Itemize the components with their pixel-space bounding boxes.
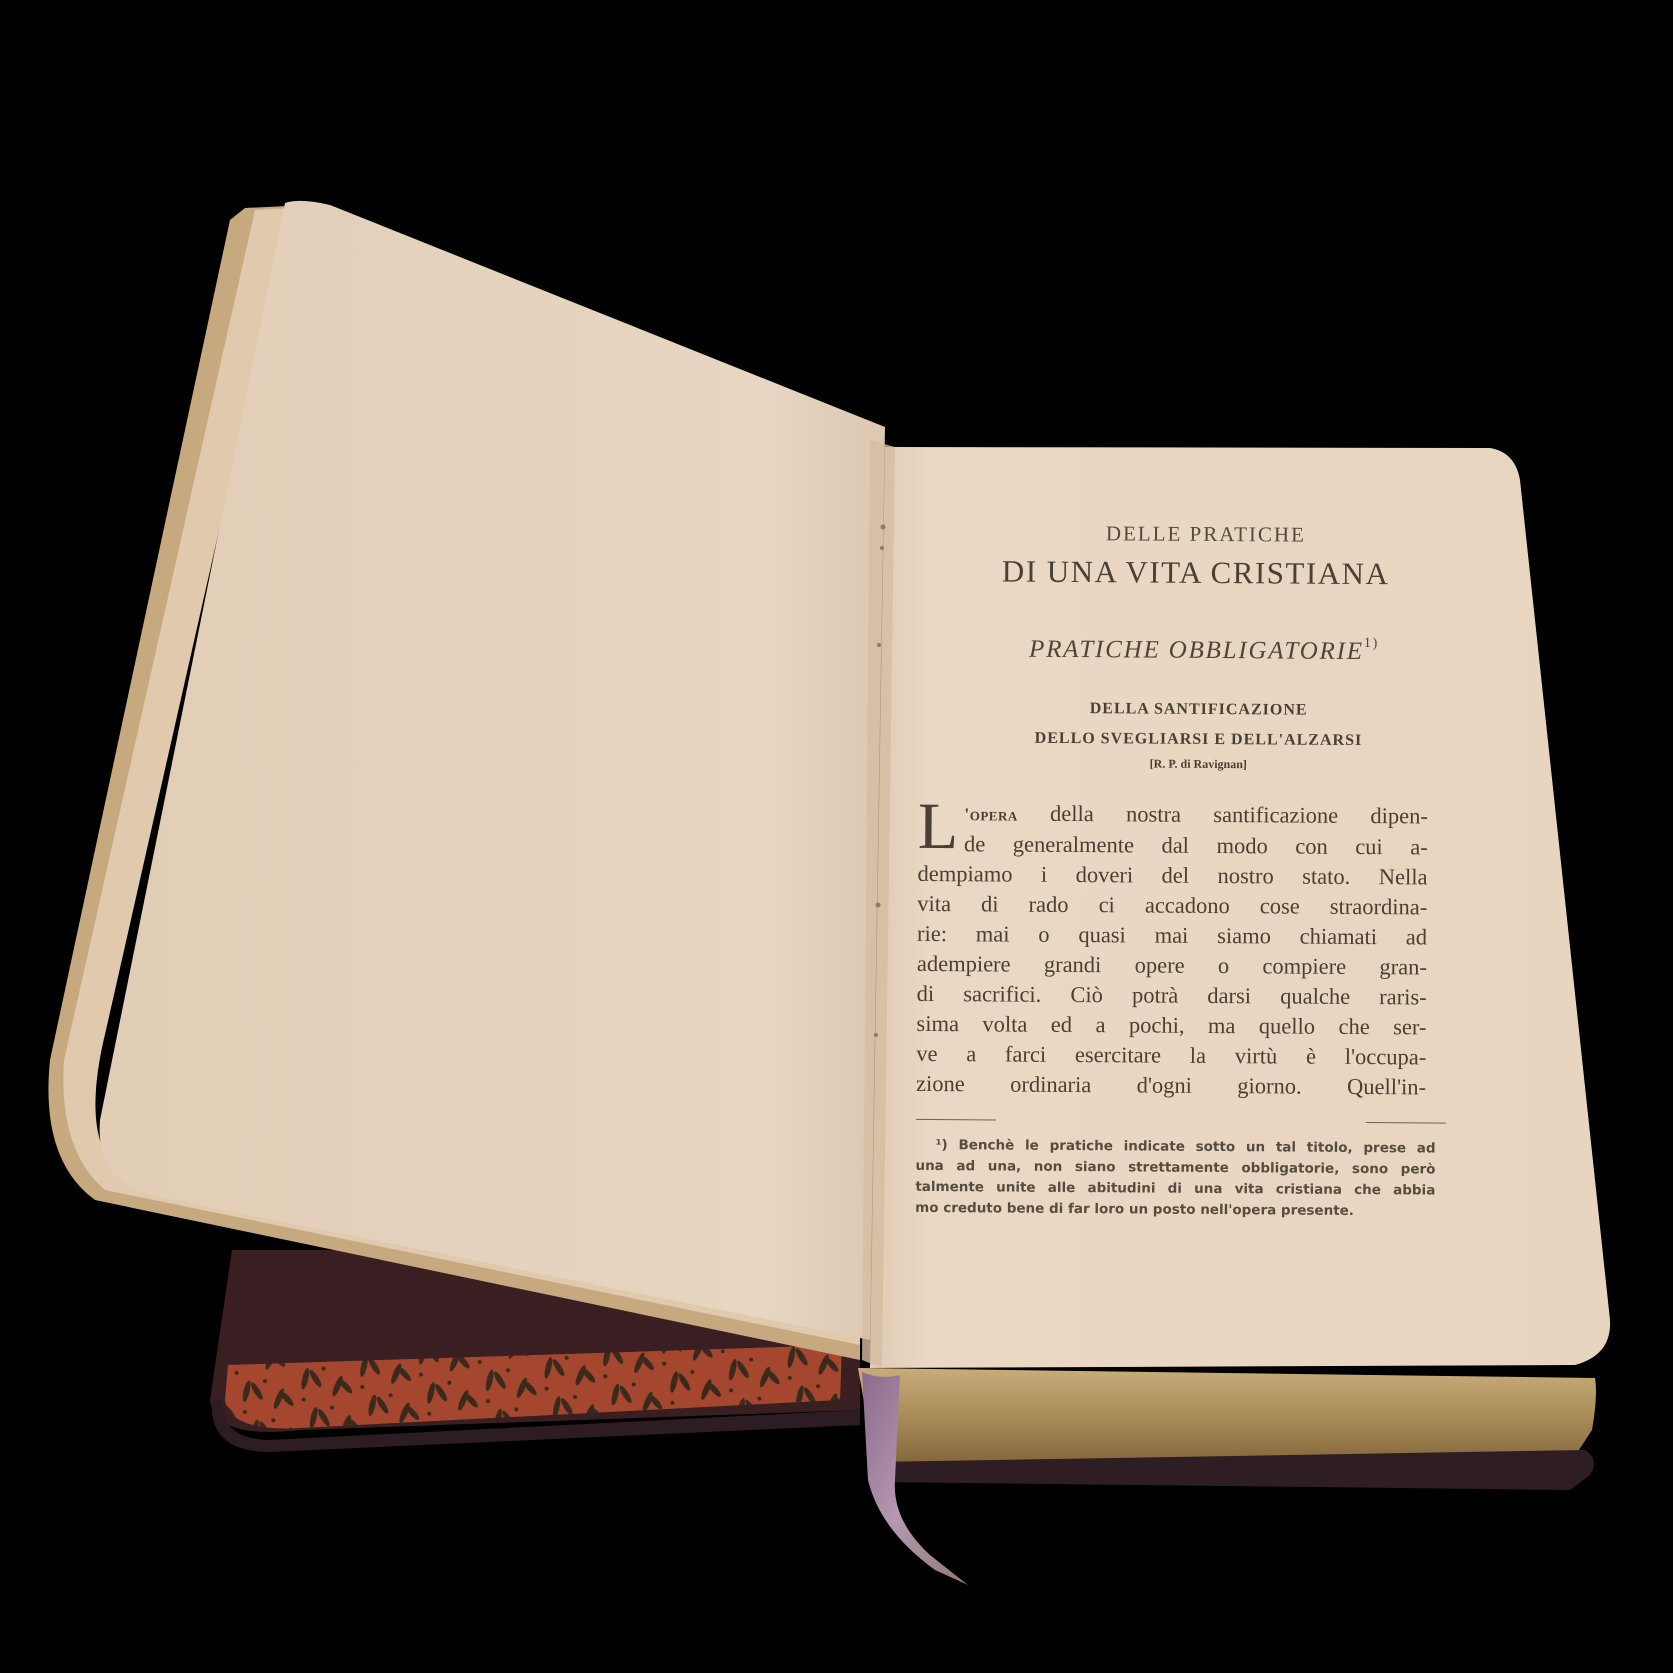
right-page-text: DELLE PRATICHE DI UNA VITA CRISTIANA PRA… bbox=[925, 520, 1510, 1223]
body-line: sima volta ed a pochi, ma quello che ser… bbox=[916, 1009, 1426, 1043]
subtitle: PRATICHE OBBLIGATORIE1) bbox=[899, 635, 1509, 667]
section-heading-2: DELLO SVEGLIARSI E DELL'ALZARSI bbox=[888, 723, 1508, 757]
footnote-marker: 1) bbox=[1364, 636, 1379, 651]
body-line: zione ordinaria d'ogni giorno. Quell'in- bbox=[916, 1069, 1426, 1103]
body-line: ve a farci esercitare la virtù è l'occup… bbox=[916, 1039, 1426, 1073]
body-paragraph: L 'opera della nostra santificazione dip… bbox=[916, 798, 1428, 1103]
footnote-rule-left bbox=[916, 1119, 996, 1121]
pretitle: DELLE PRATICHE bbox=[902, 520, 1510, 549]
body-line: di sacrifici. Ciò potrà darsi qualche ra… bbox=[917, 979, 1427, 1013]
photo-scene: DELLE PRATICHE DI UNA VITA CRISTIANA PRA… bbox=[0, 0, 1673, 1673]
subtitle-text: PRATICHE OBBLIGATORIE bbox=[1029, 636, 1364, 665]
author-attribution: [R. P. di Ravignan] bbox=[888, 755, 1508, 774]
footnote-separator bbox=[916, 1109, 1436, 1133]
first-word-smallcaps: 'opera bbox=[964, 804, 1018, 824]
section-heading-1: DELLA SANTIFICAZIONE bbox=[889, 693, 1509, 727]
footnote-line: mo creduto bene di far loro un posto nel… bbox=[915, 1198, 1435, 1223]
body-line: 'opera della nostra santificazione dipen… bbox=[918, 798, 1428, 833]
body-line: dempiamo i doveri del nostro stato. Nell… bbox=[917, 859, 1427, 893]
gilt-page-edges bbox=[858, 1368, 1596, 1490]
page-title: DI UNA VITA CRISTIANA bbox=[882, 553, 1510, 593]
body-line: vita di rado ci accadono cose straordina… bbox=[917, 889, 1427, 923]
body-line: adempiere grandi opere o compiere gran- bbox=[917, 949, 1427, 983]
body-line: de generalmente dal modo con cui a- bbox=[918, 829, 1428, 863]
footnote-rule-right bbox=[1366, 1122, 1446, 1124]
body-line: rie: mai o quasi mai siamo chiamati ad bbox=[917, 919, 1427, 953]
drop-cap: L bbox=[918, 800, 959, 854]
footnote: ¹) Benchè le pratiche indicate sotto un … bbox=[915, 1135, 1436, 1223]
